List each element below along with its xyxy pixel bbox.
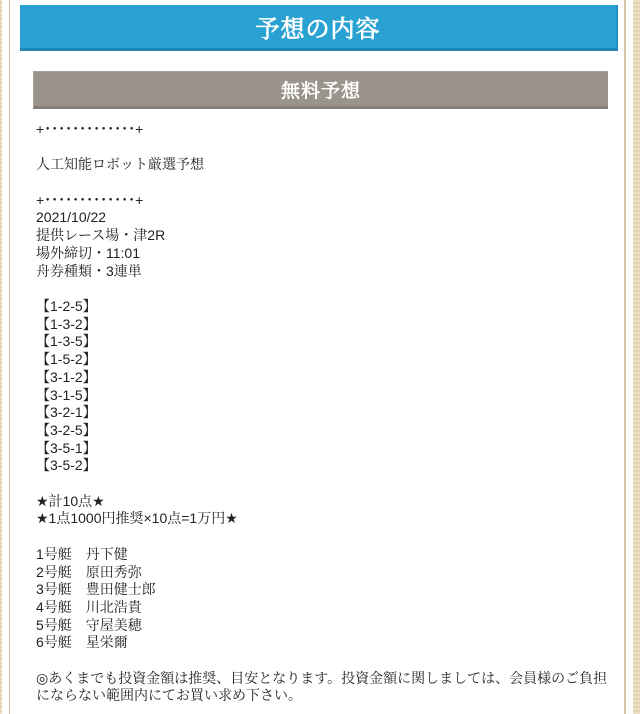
points-summary: ★計10点★ ★1点1000円推奨×10点=1万円★	[36, 493, 614, 528]
divider-line-top: +･････････････+	[36, 121, 614, 139]
content-area: 予想の内容 無料予想 +･････････････+ 人工知能ロボット厳選予想 …	[0, 0, 640, 705]
race-info-block: 2021/10/22 提供レース場・津2R 場外締切・11:01 舟券種類・3連…	[36, 209, 614, 280]
intro-text: 人工知能ロボット厳選予想	[36, 156, 614, 174]
free-prediction-banner: 無料予想	[33, 71, 608, 109]
racer-list: 1号艇 丹下健 2号艇 原田秀弥 3号艇 豊田健士郎 4号艇 川北浩貴 5号艇 …	[36, 546, 614, 652]
picks-list: 【1-2-5】 【1-3-2】 【1-3-5】 【1-5-2】 【3-1-2】 …	[36, 298, 614, 475]
page-title-banner: 予想の内容	[20, 5, 618, 51]
divider-line-mid: +･････････････+	[36, 192, 614, 210]
free-prediction-title: 無料予想	[281, 76, 361, 103]
disclaimer-note: ◎あくまでも投資金額は推奨、目安となります。投資金額に関しましては、会員様のご負…	[36, 670, 614, 705]
prediction-page: 予想の内容 無料予想 +･････････････+ 人工知能ロボット厳選予想 …	[0, 0, 640, 714]
page-title: 予想の内容	[256, 9, 381, 44]
prediction-body: +･････････････+ 人工知能ロボット厳選予想 +･･････････…	[36, 121, 614, 705]
